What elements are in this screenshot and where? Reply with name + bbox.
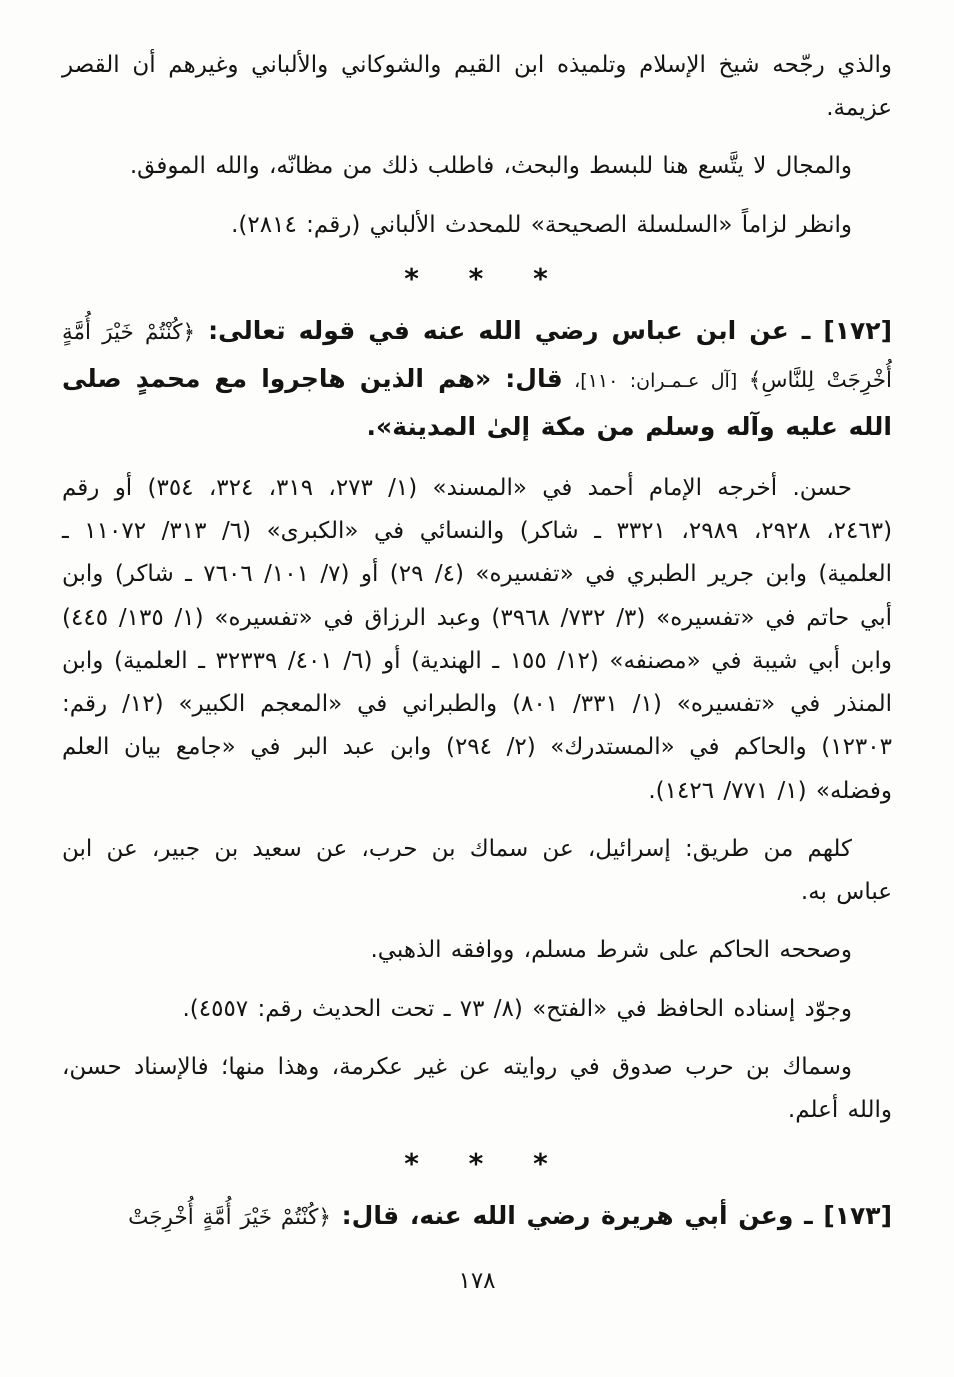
paragraph-silsila-reference: وانظر لزاماً «السلسلة الصحيحة» للمحدث ال… [62, 204, 892, 247]
hadith-172-opening: [١٧٢] ـ عن ابن عباس رضي الله عنه في قوله… [195, 316, 892, 345]
paragraph-hakim-grading: وصححه الحاكم على شرط مسلم، ووافقه الذهبي… [62, 929, 892, 972]
paragraph-isnad-chain: كلهم من طريق: إسرائيل، عن سماك بن حرب، ع… [62, 828, 892, 914]
hadith-172: [١٧٢] ـ عن ابن عباس رضي الله عنه في قوله… [62, 307, 892, 451]
verse-reference-172: [آل عـمـران: ١١٠]، [563, 370, 749, 392]
book-page: والذي رجّحه شيخ الإسلام وتلميذه ابن القي… [0, 0, 954, 1377]
hadith-173: [١٧٣] ـ وعن أبي هريرة رضي الله عنه، قال:… [62, 1192, 892, 1240]
paragraph-tarjih-conclusion: والذي رجّحه شيخ الإسلام وتلميذه ابن القي… [62, 44, 892, 130]
paragraph-ibn-hajar-grading: وجوّد إسناده الحافظ في «الفتح» (٨/ ٧٣ ـ … [62, 988, 892, 1031]
section-separator-top: * * * [62, 262, 892, 295]
paragraph-takhrij-sources: حسن. أخرجه الإمام أحمد في «المسند» (١/ ٢… [62, 467, 892, 813]
page-number: ١٧٨ [62, 1268, 892, 1294]
quran-verse-173: ﴿كُنْتُمْ خَيْرَ أُمَّةٍ أُخْرِجَتْ [128, 1205, 331, 1230]
paragraph-scope-note: والمجال لا يتَّسع هنا للبسط والبحث، فاطل… [62, 145, 892, 188]
section-separator-bottom: * * * [62, 1147, 892, 1180]
hadith-173-opening: [١٧٣] ـ وعن أبي هريرة رضي الله عنه، قال: [331, 1201, 892, 1230]
paragraph-simak-reliability-note: وسماك بن حرب صدوق في روايته عن غير عكرمة… [62, 1046, 892, 1132]
